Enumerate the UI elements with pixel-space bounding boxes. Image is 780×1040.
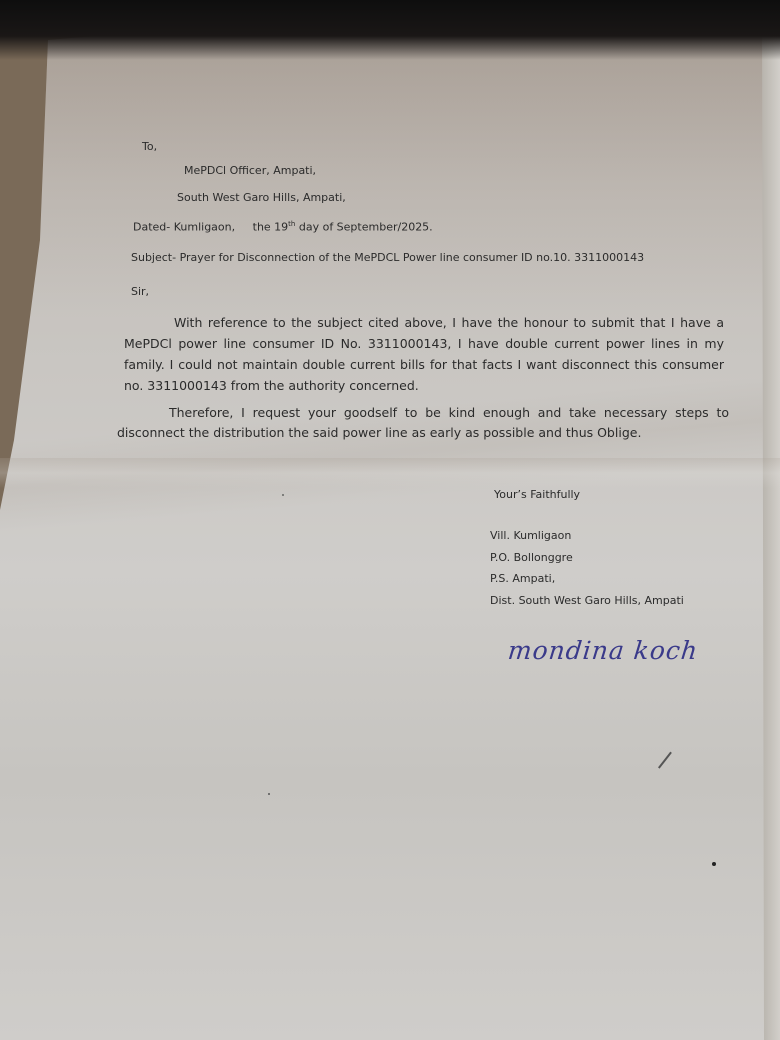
ink-dot [712, 862, 716, 866]
recipient-line-1: MePDCl Officer, Ampati, [184, 164, 316, 177]
address-line-2: P.O. Bollonggre [490, 551, 573, 564]
address-line-3: P.S. Ampati, [490, 572, 555, 585]
date-day: the 19 [253, 221, 289, 234]
body-paragraph-2: Therefore, I request your goodself to be… [117, 403, 729, 443]
handwritten-signature: mondina koch [506, 636, 699, 665]
paper-fold-crease [0, 458, 780, 488]
date-prefix: Dated- Kumligaon, [133, 221, 235, 234]
date-rest: day of September/2025. [295, 221, 432, 234]
address-line-1: Vill. Kumligaon [490, 529, 571, 542]
to-label: To, [142, 140, 157, 153]
ink-dot [268, 793, 270, 795]
closing: Your’s Faithfully [494, 488, 580, 501]
paper-sheet [0, 0, 780, 1040]
date-line: Dated- Kumligaon, the 19th day of Septem… [133, 220, 433, 234]
background-surface [762, 0, 780, 1040]
subject-line: Subject- Prayer for Disconnection of the… [131, 251, 644, 264]
body-paragraph-1: With reference to the subject cited abov… [124, 312, 724, 396]
address-line-4: Dist. South West Garo Hills, Ampati [490, 594, 684, 607]
top-shadow [0, 0, 780, 60]
greeting: Sir, [131, 285, 149, 298]
ink-dot [282, 494, 284, 496]
recipient-line-2: South West Garo Hills, Ampati, [177, 191, 346, 204]
